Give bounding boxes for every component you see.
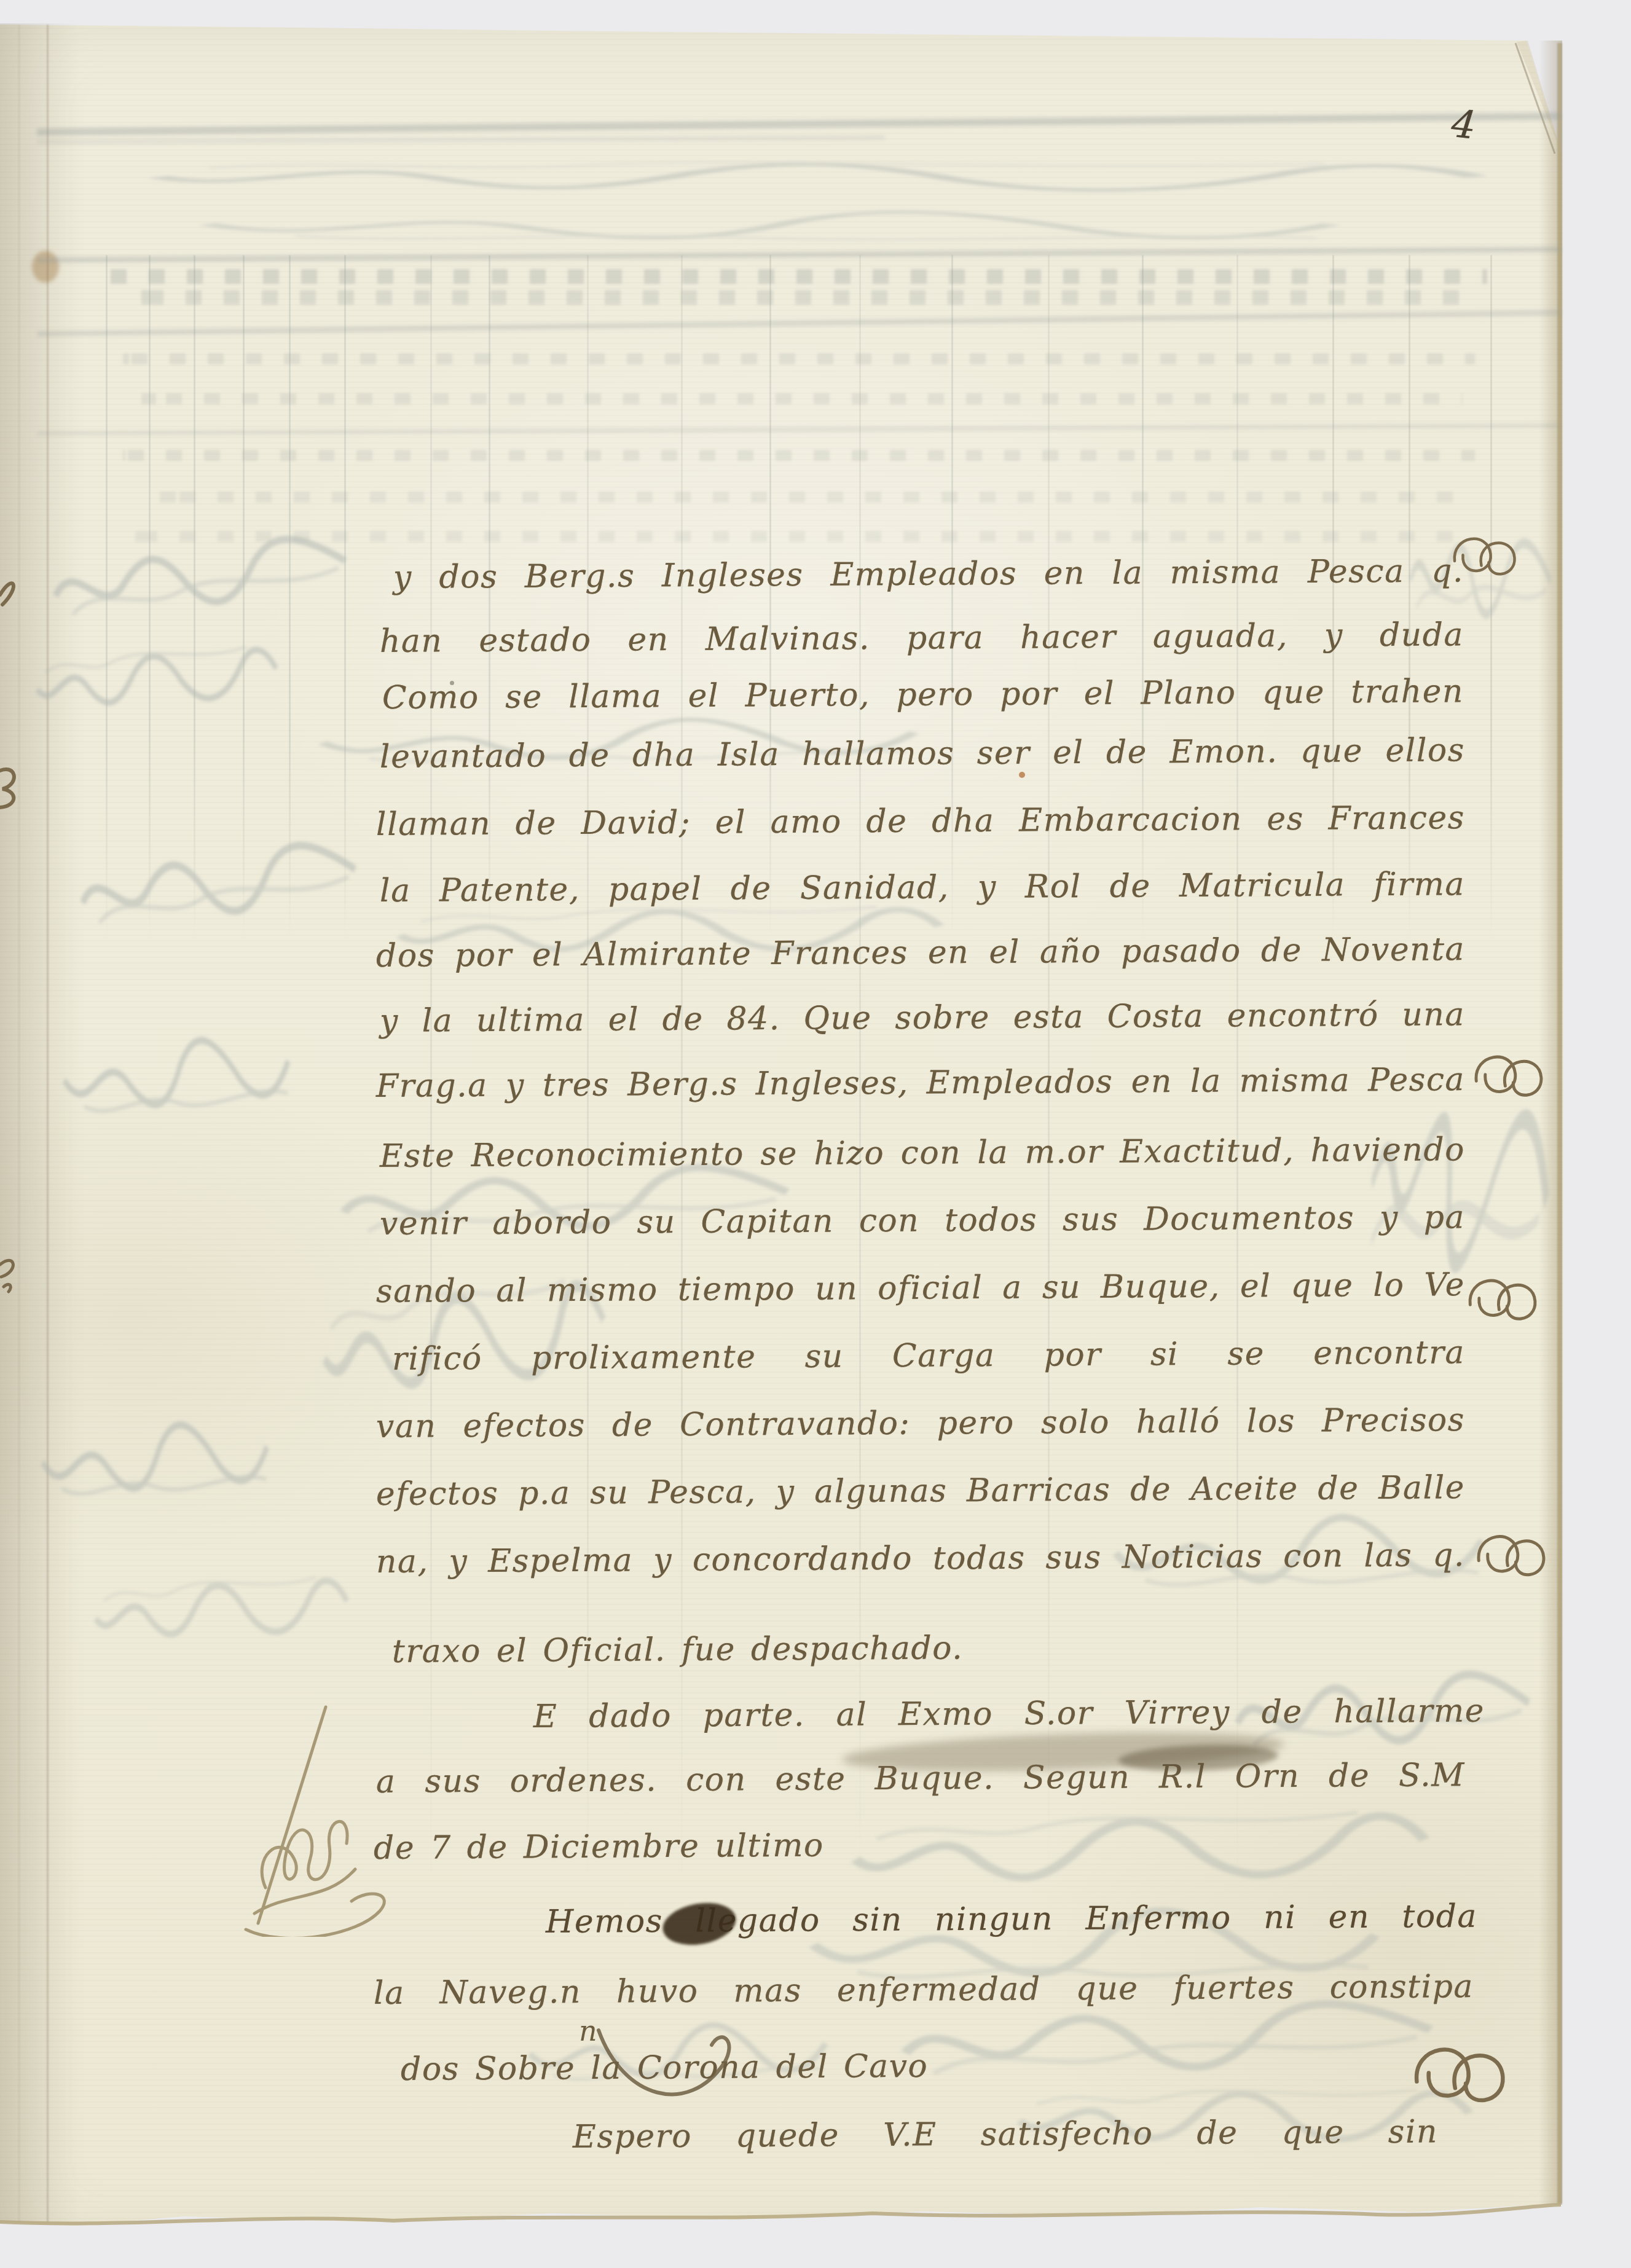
manuscript-line: E dado parte. al Exmo S.or Virrey de hal… bbox=[533, 1692, 1485, 1737]
manuscript-line: van efectos de Contravando: pero solo ha… bbox=[376, 1400, 1465, 1447]
folio-number: 4 bbox=[1450, 104, 1478, 145]
fold-crease bbox=[47, 25, 49, 2223]
manuscript-line: efectos p.a su Pesca, y algunas Barricas… bbox=[376, 1468, 1465, 1515]
manuscript-line: han estado en Malvinas. para hacer aguad… bbox=[380, 615, 1464, 662]
showthrough-table-header bbox=[129, 290, 1469, 305]
fold-crease-secondary bbox=[18, 25, 20, 2222]
showthrough-handwriting bbox=[90, 1558, 353, 1662]
manuscript-line: la Patente, papel de Sanidad, y Rol de M… bbox=[380, 865, 1465, 911]
manuscript-line: sando al mismo tiempo un oficial a su Bu… bbox=[376, 1265, 1465, 1312]
manuscript-line: rificó prolixamente su Carga por si se e… bbox=[392, 1333, 1465, 1379]
manuscript-line: Como se llama el Puerto, pero por el Pla… bbox=[382, 672, 1464, 718]
showthrough-table-row bbox=[123, 353, 1475, 364]
showthrough-title-line bbox=[141, 155, 1493, 199]
manuscript-line: na, y Espelma y concordando todas sus No… bbox=[376, 1536, 1465, 1582]
paper-stain bbox=[32, 251, 59, 283]
manuscript-line: traxo el Oficial. fue despachado. bbox=[392, 1628, 964, 1672]
showthrough-table-row bbox=[141, 393, 1463, 404]
manuscript-line: Este Reconocimiento se hizo con la m.or … bbox=[380, 1130, 1465, 1177]
showthrough-title-line bbox=[178, 206, 1346, 246]
showthrough-table-row bbox=[147, 492, 1463, 503]
manuscript-line: levantado de dha Isla hallamos ser el de… bbox=[380, 731, 1465, 777]
manuscript-line: llaman de David; el amo de dha Embarcaci… bbox=[376, 798, 1465, 845]
manuscript-line: dos por el Almirante Frances en el año p… bbox=[376, 930, 1465, 976]
showthrough-table-header bbox=[111, 269, 1487, 284]
manuscript-line: la Naveg.n huvo mas enfermedad que fuert… bbox=[374, 1967, 1474, 2014]
showthrough-table-row bbox=[123, 450, 1475, 461]
manuscript-line: y dos Berg.s Ingleses Empleados en la mi… bbox=[393, 551, 1464, 598]
manuscript-line: venir abordo su Capitan con todos sus Do… bbox=[380, 1198, 1465, 1244]
showthrough-handwriting bbox=[846, 1790, 1433, 1909]
manuscript-line: Frag.a y tres Berg.s Ingleses, Empleados… bbox=[376, 1060, 1465, 1107]
manuscript-line: y la ultima el de 84. Que sobre esta Cos… bbox=[380, 995, 1465, 1042]
manuscript-line: dos Sobre la Corona del Cavo bbox=[401, 2047, 929, 2090]
manuscript-line: de 7 de Diciembre ultimo bbox=[374, 1826, 824, 1869]
manuscript-line: Espero quede V.E satisfecho de que sin bbox=[573, 2112, 1438, 2157]
interlinear-insertion: n bbox=[579, 2017, 597, 2045]
showthrough-handwriting bbox=[34, 1405, 273, 1513]
